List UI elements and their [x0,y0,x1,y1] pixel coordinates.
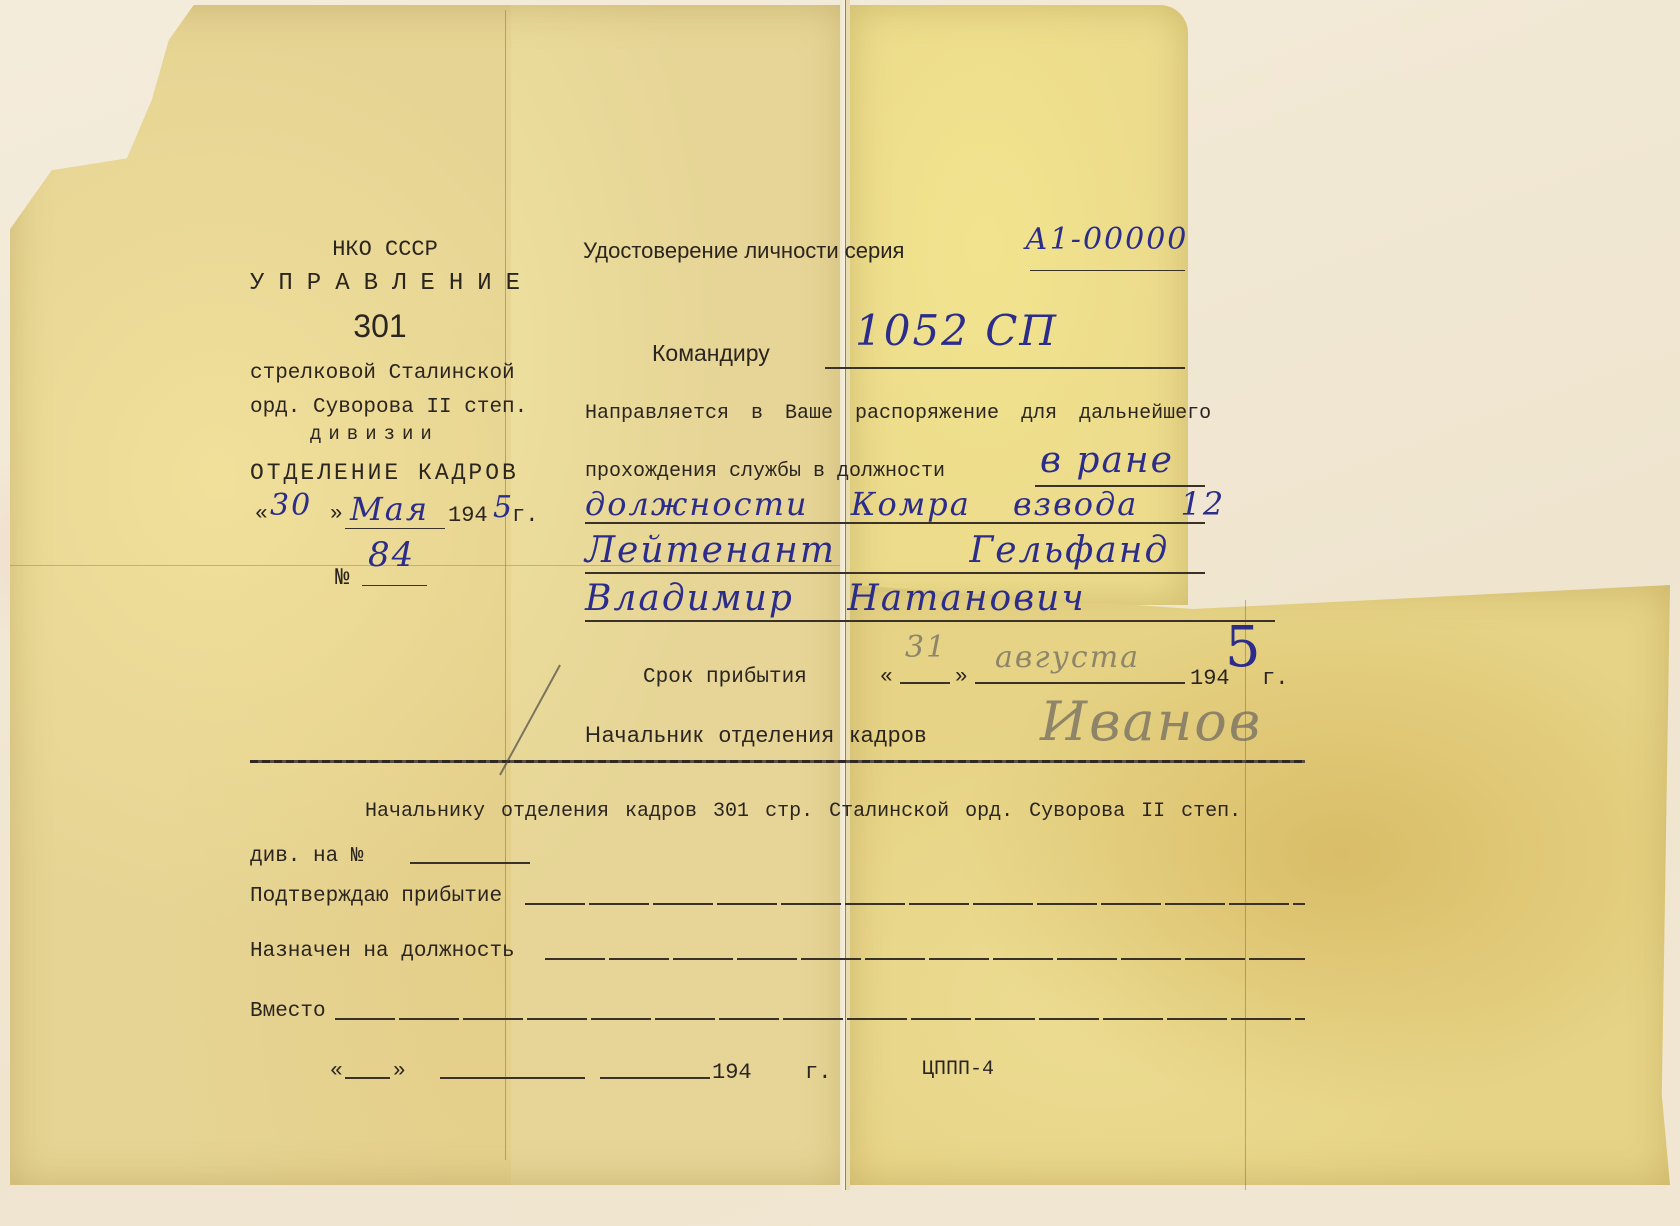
pencil-stroke [490,660,570,780]
header-date-day: 30 [270,488,312,523]
return-date-month-line [440,1077,585,1079]
return-slip-line2: див. на № [250,845,363,868]
body-line2-value: в ране [1040,440,1174,481]
header-number-value: 84 [368,535,415,575]
return-slip-number-line [410,862,530,864]
addressee-label: Командиру [652,340,770,367]
return-date-open-quote: « [330,1060,343,1083]
confirm-arrival-label: Подтверждаю прибытие [250,885,502,908]
arrival-year-suffix: г. [1262,666,1288,691]
arrival-year-digit: 5 [1225,615,1263,680]
addressee-line [825,367,1185,369]
body-line3-rule [585,522,1205,524]
id-series-line [1030,270,1185,271]
header-date-year: 194 [448,503,488,528]
header-number-label: № [335,565,349,592]
arrival-month-line [975,682,1185,684]
body-line3-value: должности Комра взвода 12 [585,485,1225,523]
body-line4-rule [585,572,1205,574]
arrival-label: Срок прибытия [643,666,807,689]
confirm-arrival-line[interactable] [525,903,1305,905]
header-number-line [362,585,427,586]
body-line2-label: прохождения службы в должности [585,460,945,483]
header-date-close-quote: » [330,503,343,526]
instead-line[interactable] [335,1018,1305,1020]
header-date-suffix: г. [512,503,538,528]
assigned-position-label: Назначен на должность [250,940,515,963]
signature-label: Начальник отделения кадров [585,722,927,748]
vertical-crease-right [1245,600,1246,1190]
body-line4-value: Лейтенант Гельфанд [585,530,1169,571]
arrival-day: 31 [905,630,947,665]
header-date-open-quote: « [255,503,268,526]
return-date-suffix: г. [805,1060,831,1085]
header-nko: НКО СССР [270,237,500,262]
return-date-close-quote: » [393,1060,406,1083]
return-slip-line1: Начальнику отделения кадров 301 стр. Ста… [365,800,1241,823]
cut-line [250,760,1305,763]
header-division-number: 301 [340,308,420,345]
header-department: ОТДЕЛЕНИЕ КАДРОВ [250,460,519,486]
header-date-month-line [345,528,445,529]
return-date-year: 194 [712,1060,752,1085]
assigned-position-line[interactable] [545,958,1305,960]
id-series-label: Удостоверение личности серия [583,238,904,264]
arrival-day-line [900,682,950,684]
addressee-value: 1052 СП [855,306,1058,355]
arrival-year: 194 [1190,666,1230,691]
return-date-extra-line [600,1077,710,1079]
form-code: ЦППП-4 [922,1058,994,1081]
header-division-line2: орд. Суворова II степ. [250,396,527,419]
arrival-close-quote: » [955,666,968,689]
id-series-value: А1-00000 [1025,222,1188,257]
arrival-open-quote: « [880,666,893,689]
header-division-line1: стрелковой Сталинской [250,362,515,385]
instead-label: Вместо [250,1000,326,1023]
signature-value: Иванов [1040,690,1262,753]
body-line5-rule [585,620,1275,622]
return-date-day-line [345,1077,390,1079]
header-date-year-digit: 5 [493,490,514,525]
header-upravlenie: УПРАВЛЕНИЕ [250,270,534,297]
arrival-month: августа [995,640,1140,675]
body-line5-value: Владимир Натанович [585,578,1086,619]
vertical-crease [505,10,506,1160]
body-line1: Направляется в Ваше распоряжение для дал… [585,402,1211,425]
header-date-month: Мая [350,490,429,528]
header-division-line3: дивизии [310,423,439,445]
